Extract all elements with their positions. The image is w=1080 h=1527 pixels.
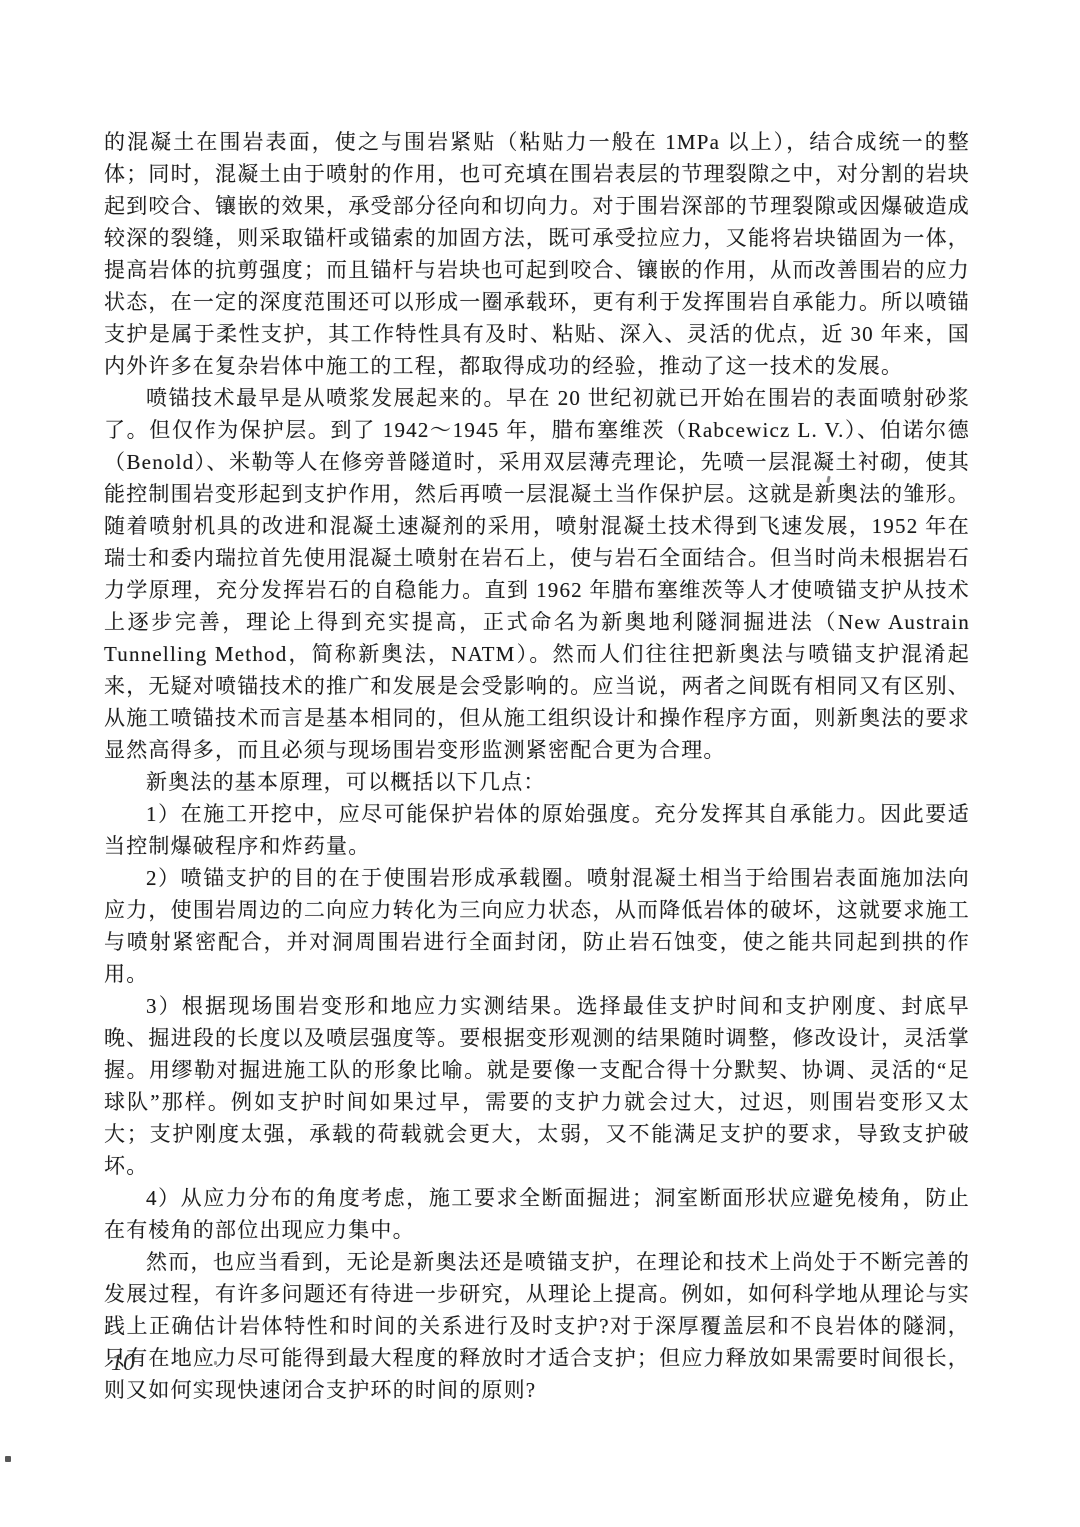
paragraph-history: 喷锚技术最早是从喷浆发展起来的。早在 20 世纪初就已开始在围岩的表面喷射砂浆了… [104,382,970,766]
scan-artifact-speck [214,1361,217,1365]
paragraph-principles-intro: 新奥法的基本原理，可以概括以下几点： [104,766,970,798]
paragraph-principle-4: 4）从应力分布的角度考虑，施工要求全断面掘进；洞室断面形状应避免棱角，防止在有棱… [104,1182,970,1246]
paragraph-principle-3: 3）根据现场围岩变形和地应力实测结果。选择最佳支护时间和支护刚度、封底早晚、掘进… [104,990,970,1182]
paragraph-principle-1: 1）在施工开挖中，应尽可能保护岩体的原始强度。充分发挥其自承能力。因此要适当控制… [104,798,970,862]
page-number: 10 [111,1350,135,1377]
scanned-page: 的混凝土在围岩表面，使之与围岩紧贴（粘贴力一般在 1MPa 以上），结合成统一的… [0,0,1080,1527]
paragraph-principle-2: 2）喷锚支护的目的在于使围岩形成承载圈。喷射混凝土相当于给围岩表面施加法向应力，… [104,862,970,990]
page-body-text: 的混凝土在围岩表面，使之与围岩紧贴（粘贴力一般在 1MPa 以上），结合成统一的… [104,126,970,1406]
paragraph-closing-remarks: 然而，也应当看到，无论是新奥法还是喷锚支护，在理论和技术上尚处于不断完善的发展过… [104,1246,970,1406]
paragraph-continuation: 的混凝土在围岩表面，使之与围岩紧贴（粘贴力一般在 1MPa 以上），结合成统一的… [104,126,970,382]
scan-artifact-speck [5,1456,11,1462]
